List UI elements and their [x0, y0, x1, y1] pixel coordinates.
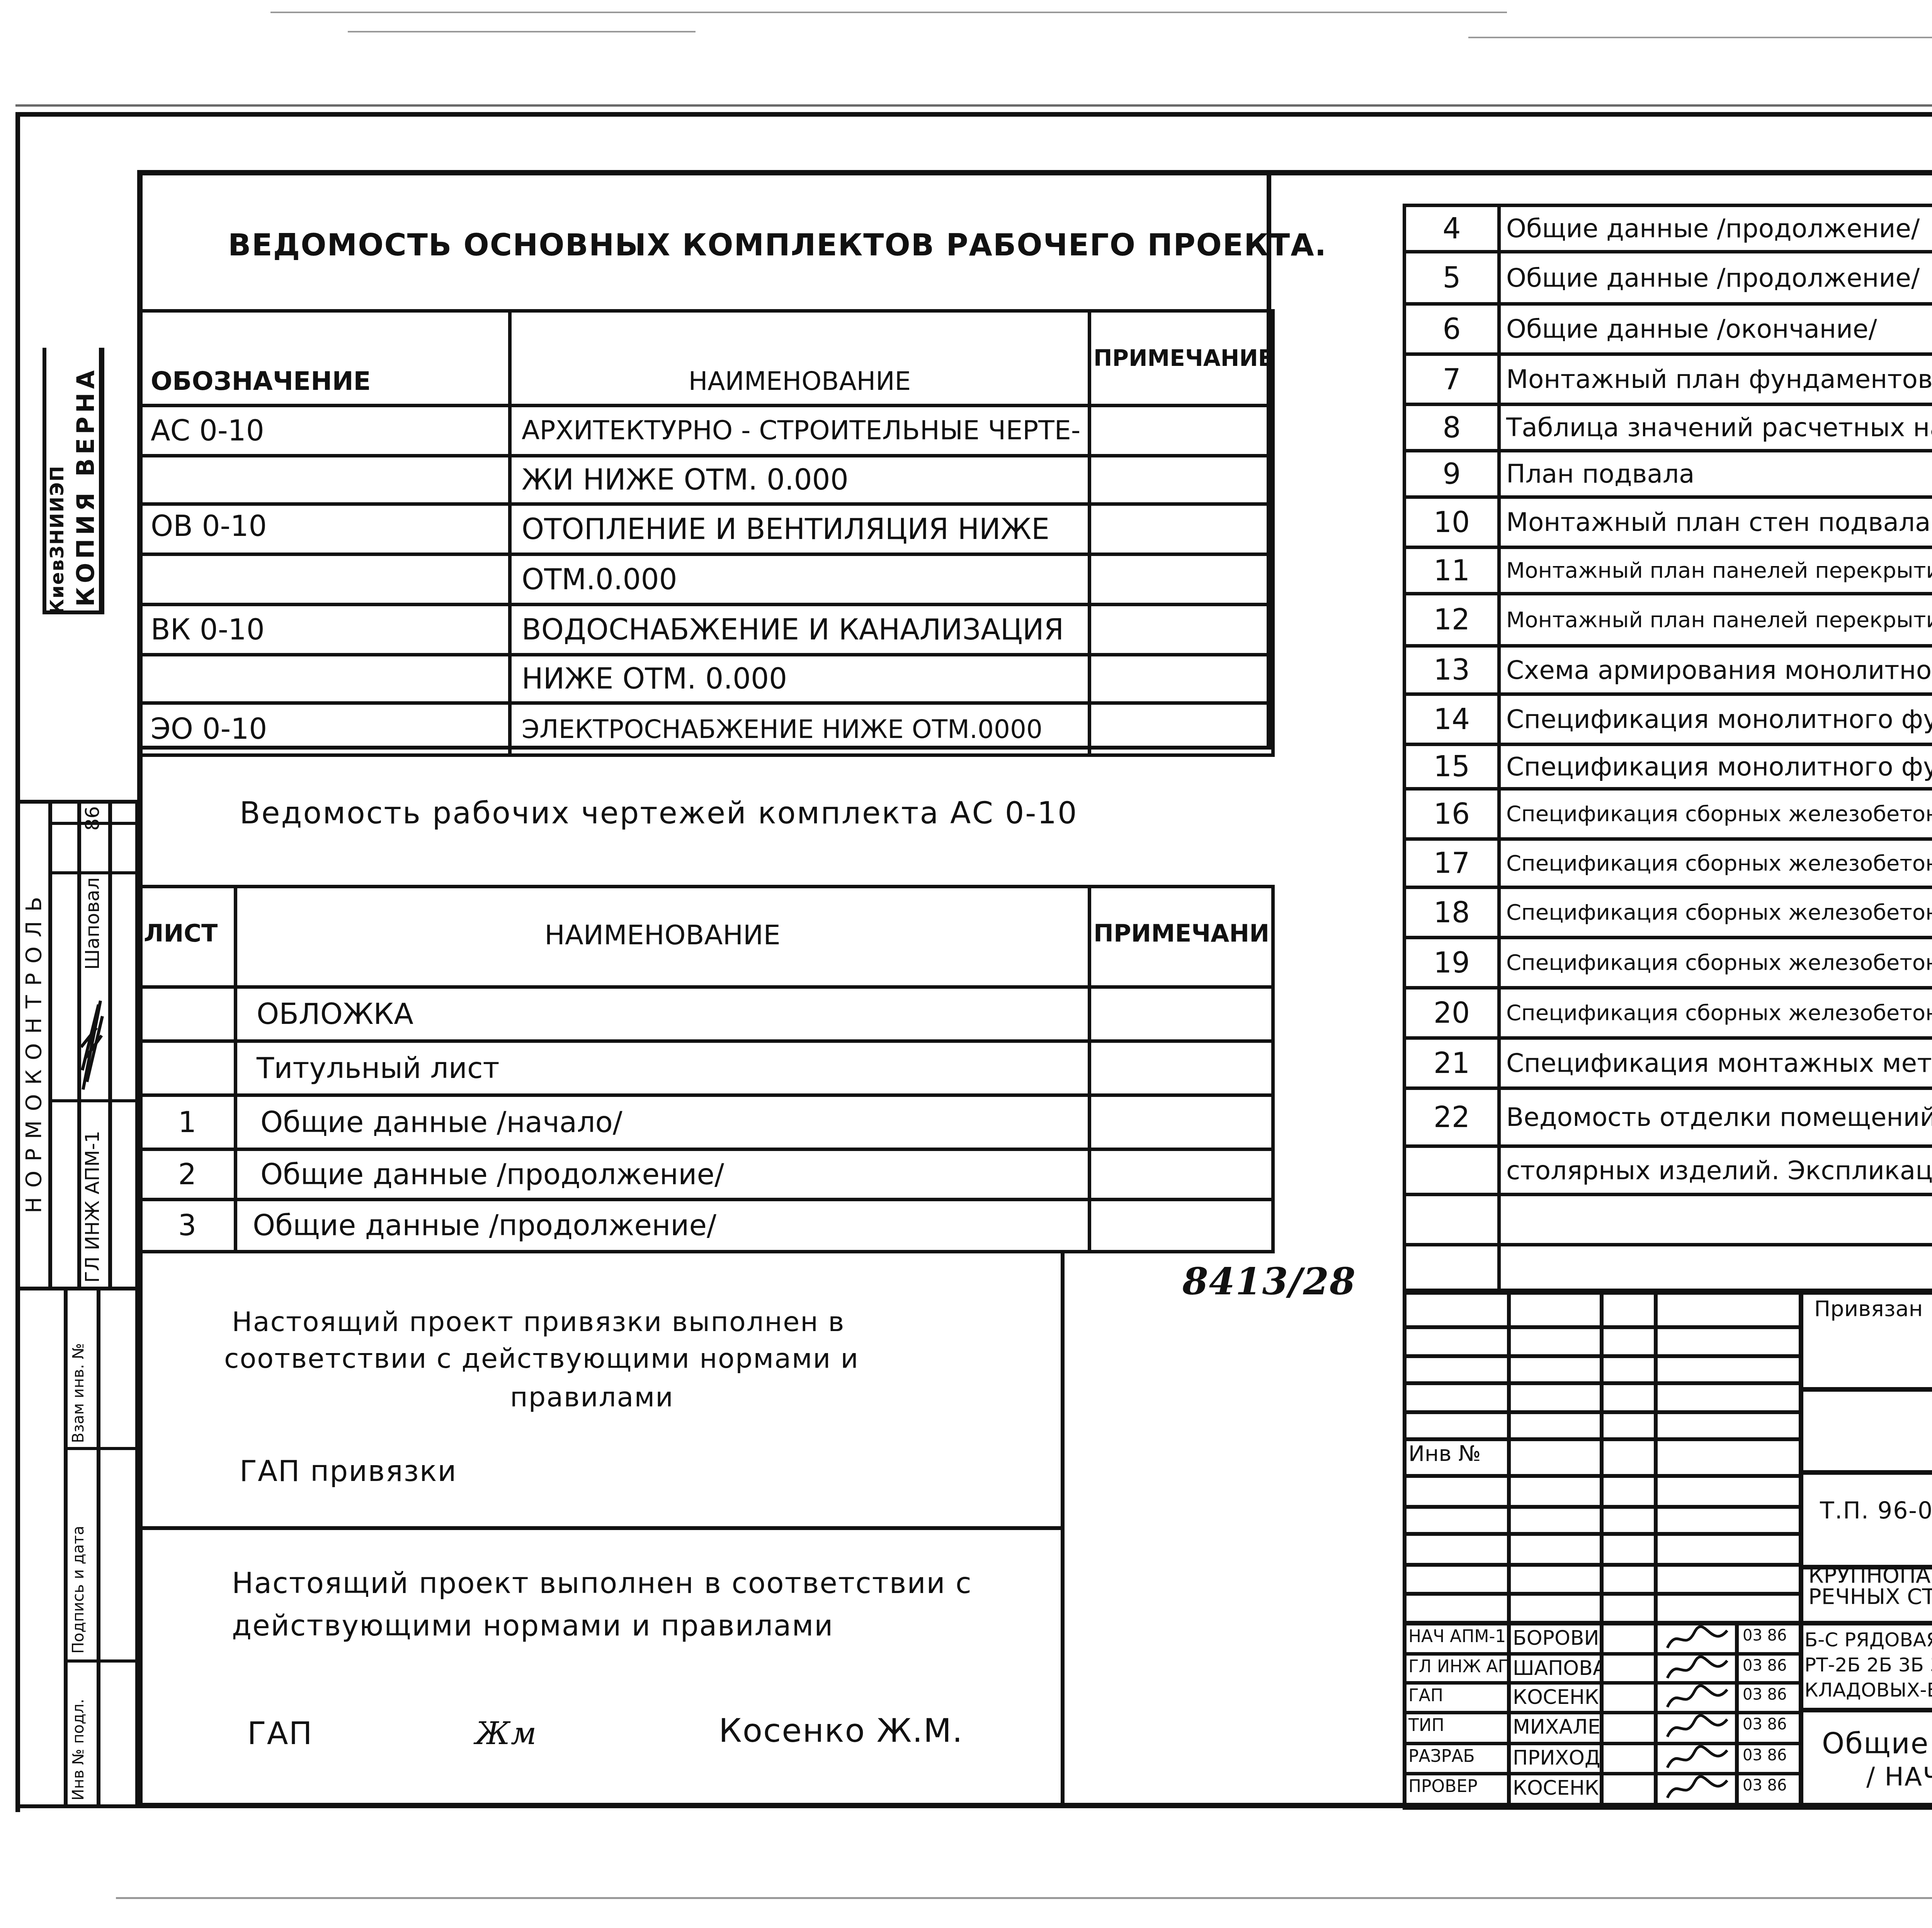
signatory-date: 03 86	[1743, 1715, 1797, 1733]
set-name: ЭЛЕКТРОСНАБЖЕНИЕ НИЖЕ ОТМ.0000	[510, 703, 1090, 755]
sheet-name: Спецификация монолитного фундаментного п…	[1499, 745, 1932, 789]
sheet-no: 22	[1405, 1088, 1499, 1146]
table-row: ОВ 0-10 ОТОПЛЕНИЕ И ВЕНТИЛЯЦИЯ НИЖЕ	[139, 504, 1273, 554]
binding-line-2: соответствии с действующими нормами и	[224, 1343, 859, 1374]
divider	[1799, 1708, 1932, 1712]
sheet-name: Спецификация сборных железобетонных изде…	[1499, 887, 1932, 938]
set-code: ОВ 0-10	[139, 504, 510, 554]
sheet-title-2: / начало /	[1866, 1762, 1932, 1792]
signature-scribble	[1662, 1684, 1735, 1713]
sheet-no: 19	[1405, 938, 1499, 988]
divider	[1507, 1621, 1511, 1808]
table-row: 8Таблица значений расчетных нагрузок	[1405, 405, 1932, 451]
sheet-name: Ведомость отделки помещений. Спецификаци…	[1499, 1088, 1932, 1146]
binding-line-3: правилами	[510, 1381, 674, 1413]
sets-register-title: ВЕДОМОСТЬ ОСНОВНЫХ КОМПЛЕКТОВ РАБОЧЕГО П…	[228, 228, 1327, 263]
set-code: АС 0-10	[139, 406, 510, 456]
signatory-role: РАЗРАБ	[1408, 1746, 1507, 1766]
set-note	[1090, 504, 1273, 554]
table-row: 13Схема армирования монолитного фундамен…	[1405, 646, 1932, 694]
copy-stamp-text: КОПИЯ ВЕРНА	[71, 367, 100, 607]
divider	[1799, 1289, 1803, 1808]
set-note	[1090, 703, 1273, 755]
signatory-date: 03 86	[1743, 1657, 1797, 1675]
set-note	[1090, 655, 1273, 703]
set-code	[139, 554, 510, 605]
table-row: 11Монтажный план панелей перекрытия над …	[1405, 547, 1932, 594]
sheet-name: Спецификация сборных железобетонных изде…	[1499, 839, 1932, 887]
table-row: 5Общие данные /продолжение/	[1405, 252, 1932, 304]
set-name: АРХИТЕКТУРНО - СТРОИТЕЛЬНЫЕ ЧЕРТЕ-	[510, 406, 1090, 456]
normocontrol-title: НОРМОКОНТРОЛЬ	[21, 887, 46, 1213]
col-header-note: ПРИМЕЧАНИЕ	[1090, 311, 1273, 406]
divider	[64, 1447, 139, 1450]
divider	[1403, 1804, 1932, 1810]
section-desc-1: Б-С РЯДОВАЯ-ТОРЦЕВАЯ 9-ЭТ 36-КВАРТ	[1804, 1629, 1932, 1651]
sheet-name: План подвала	[1499, 451, 1932, 497]
sheet-no: 15	[1405, 745, 1499, 789]
sheet-name: Спецификация сборных железобетонных изде…	[1499, 789, 1932, 839]
signatory-role: ГЛ ИНЖ АПМ	[1408, 1657, 1507, 1676]
signatory-role: НАЧ АПМ-1	[1408, 1627, 1507, 1646]
signature-scribble	[1662, 1625, 1735, 1654]
signature-scribble	[1662, 1655, 1735, 1684]
sheet-no	[139, 987, 236, 1041]
drawings-register-table-left: ЛИСТ НАИМЕНОВАНИЕ ПРИМЕЧАНИЕ Обложка Тит…	[137, 885, 1275, 1253]
scan-artifact	[116, 1897, 1932, 1899]
sheet-no: 16	[1405, 789, 1499, 839]
sheet-note	[1090, 1095, 1273, 1149]
sheet-name: Обложка	[236, 987, 1090, 1041]
scan-artifact	[348, 31, 696, 32]
signatory-name: Косенко	[1513, 1777, 1600, 1800]
sheet-note	[1090, 987, 1273, 1041]
set-code	[139, 655, 510, 703]
sheet-no	[1405, 1146, 1499, 1195]
sheet-no	[1405, 1245, 1499, 1293]
table-row: ОТМ.0.000	[139, 554, 1273, 605]
table-row: НИЖЕ ОТМ. 0.000	[139, 655, 1273, 703]
table-row: 22Ведомость отделки помещений. Специфика…	[1405, 1088, 1932, 1146]
sheet-name: Монтажный план панелей перекрытия над по…	[1499, 547, 1932, 594]
normocontrol-name: Шаповал	[81, 877, 104, 970]
divider	[64, 1659, 139, 1663]
table-row: 3 Общие данные /продолжение/	[139, 1200, 1273, 1252]
divider	[64, 1290, 68, 1808]
table-row	[1405, 1245, 1932, 1293]
signatory-name: Косенко	[1513, 1686, 1600, 1709]
set-code	[139, 456, 510, 504]
normocontrol-position: ГЛ ИНЖ АПМ-1	[81, 1131, 104, 1283]
binding-line-1: Настоящий проект привязки выполнен в	[232, 1306, 845, 1338]
sheet-name: Спецификация монолитного фундаментного п…	[1499, 694, 1932, 745]
table-row: 1 Общие данные /начало/	[139, 1095, 1273, 1149]
sheet-no: 14	[1405, 694, 1499, 745]
sheet-no: 13	[1405, 646, 1499, 694]
scan-artifact	[1468, 37, 1932, 38]
table-row: 17Спецификация сборных железобетонных из…	[1405, 839, 1932, 887]
table-row: 16Спецификация сборных железобетонных из…	[1405, 789, 1932, 839]
sheet-name: Общие данные /продолжение/	[236, 1200, 1090, 1252]
outer-top-border	[15, 112, 1932, 117]
bound-label: Привязан	[1814, 1296, 1923, 1321]
sheet-name: Общие данные /окончание/	[1499, 304, 1932, 354]
sheet-name: Общие данные /начало/	[236, 1095, 1090, 1149]
col-header-note: ПРИМЕЧАНИЕ	[1090, 887, 1273, 987]
table-row	[1405, 1195, 1932, 1245]
table-row: Обложка	[139, 987, 1273, 1041]
set-note	[1090, 605, 1273, 655]
sheet-no: 2	[139, 1149, 236, 1200]
sheet-no	[139, 1041, 236, 1095]
sheet-name: Титульный лист	[236, 1041, 1090, 1095]
set-code: ВК 0-10	[139, 605, 510, 655]
sheet-name: Таблица значений расчетных нагрузок	[1499, 405, 1932, 451]
divider	[1403, 1381, 1801, 1385]
copy-stamp-org: КиевЗНИИЭП	[46, 465, 68, 614]
set-name: ЖИ НИЖЕ ОТМ. 0.000	[510, 456, 1090, 504]
project-title-2: речных стен для сложных условий строител…	[1808, 1584, 1932, 1609]
table-row: 12Монтажный план панелей перекрытия над …	[1405, 594, 1932, 646]
col-header-name: НАИМЕНОВАНИЕ	[236, 887, 1090, 987]
divider	[1403, 1474, 1801, 1478]
signatory-role: ГАП	[1408, 1686, 1507, 1705]
sheet-no: 21	[1405, 1038, 1499, 1088]
table-row: 20Спецификация сборных железобетонных из…	[1405, 988, 1932, 1038]
sets-register-table: ОБОЗНАЧЕНИЕ НАИМЕНОВАНИЕ ПРИМЕЧАНИЕ АС 0…	[137, 309, 1275, 757]
sheet-name: Монтажный план фундаментов	[1499, 354, 1932, 405]
signatory-date: 03 86	[1743, 1627, 1797, 1644]
sheet-no: 5	[1405, 252, 1499, 304]
divider	[1403, 1437, 1801, 1441]
sheet-no: 9	[1405, 451, 1499, 497]
sheet-name: Схема армирования монолитного фундаментн…	[1499, 646, 1932, 694]
col-header-name: НАИМЕНОВАНИЕ	[510, 311, 1090, 406]
table-row: ЖИ НИЖЕ ОТМ. 0.000	[139, 456, 1273, 504]
sheet-no: 3	[139, 1200, 236, 1252]
signatory-name: Приходько	[1513, 1746, 1600, 1770]
signatory-date: 03 86	[1743, 1746, 1797, 1764]
binding-gap-label: ГАП привязки	[240, 1455, 457, 1488]
divider	[1403, 1532, 1801, 1536]
sheet-no: 6	[1405, 304, 1499, 354]
table-row: 18Спецификация сборных железобетонных из…	[1405, 887, 1932, 938]
table-row: 6Общие данные /окончание/	[1405, 304, 1932, 354]
table-row: 2 Общие данные /продолжение/	[139, 1149, 1273, 1200]
sheet-no: 18	[1405, 887, 1499, 938]
sheet-name: Спецификация сборных железобетонных изде…	[1499, 988, 1932, 1038]
compliance-line-2: действующими нормами и правилами	[232, 1609, 833, 1642]
divider	[1403, 1592, 1801, 1596]
normocontrol-year: 86	[81, 806, 104, 831]
table-row: АС 0-10 АРХИТЕКТУРНО - СТРОИТЕЛЬНЫЕ ЧЕРТ…	[139, 406, 1273, 456]
col-header-sheet: ЛИСТ	[139, 887, 236, 987]
set-name: НИЖЕ ОТМ. 0.000	[510, 655, 1090, 703]
sheet-no: 8	[1405, 405, 1499, 451]
sheet-no: 4	[1405, 206, 1499, 252]
normocontrol-signature	[79, 993, 106, 1093]
scan-artifact	[15, 104, 1932, 107]
signatory-role: ПРОВЕР	[1408, 1777, 1507, 1796]
divider	[1600, 1621, 1604, 1808]
divider	[1403, 1563, 1801, 1567]
divider	[48, 871, 139, 874]
table-row: 10Монтажный план стен подвала	[1405, 497, 1932, 547]
divider	[1654, 1621, 1658, 1808]
signatory-name: Боровик	[1513, 1627, 1600, 1650]
table-row: 7Монтажный план фундаментов	[1405, 354, 1932, 405]
scan-artifact	[270, 12, 1507, 13]
divider	[1403, 1354, 1801, 1358]
set-name: ОТМ.0.000	[510, 554, 1090, 605]
handwritten-reference: 8413/28	[1182, 1260, 1356, 1303]
col-header-code: ОБОЗНАЧЕНИЕ	[139, 311, 510, 406]
signature-scribble	[1662, 1714, 1735, 1743]
sheet-no: 1	[139, 1095, 236, 1149]
compliance-gap-label: ГАП	[247, 1715, 313, 1751]
table-row: 9План подвала	[1405, 451, 1932, 497]
sheet-name: Монтажный план панелей перекрытия над по…	[1499, 594, 1932, 646]
divider	[1735, 1621, 1739, 1808]
sheet-no: 12	[1405, 594, 1499, 646]
table-row: 14Спецификация монолитного фундаментного…	[1405, 694, 1932, 745]
drawings-register-table-right: 4Общие данные /продолжение/5Общие данные…	[1403, 204, 1932, 1295]
sheet-name: столярных изделий. Экспликация пола	[1499, 1146, 1932, 1195]
divider	[1799, 1470, 1932, 1475]
sheet-name: Общие данные /продолжение/	[1499, 252, 1932, 304]
divider	[1799, 1387, 1932, 1392]
table-row: 21Спецификация монтажных металлических и…	[1405, 1038, 1932, 1088]
sheet-no: 20	[1405, 988, 1499, 1038]
divider	[97, 1290, 100, 1808]
table-row: ЭО 0-10 ЭЛЕКТРОСНАБЖЕНИЕ НИЖЕ ОТМ.0000	[139, 703, 1273, 755]
set-code: ЭО 0-10	[139, 703, 510, 755]
sheet-name	[1499, 1195, 1932, 1245]
drawings-register-title: Ведомость рабочих чертежей комплекта АС …	[240, 796, 1078, 831]
sheet-no: 11	[1405, 547, 1499, 594]
divider	[1403, 1289, 1406, 1808]
table-row: 19Спецификация сборных железобетонных из…	[1405, 938, 1932, 988]
signatory-date: 03 86	[1743, 1777, 1797, 1794]
inv-orig-label: Инв № подл.	[70, 1699, 87, 1800]
divider	[1403, 1505, 1801, 1509]
sheet-name: Спецификация сборных железобетонных изде…	[1499, 938, 1932, 988]
signatory-name: Михалева	[1513, 1715, 1600, 1739]
signature-scribble	[1662, 1744, 1735, 1773]
section-desc-2: РТ-2Б 2Б 3Б 3Б. ВАРИАНТ С УСТРОЙСТВОМ	[1804, 1654, 1932, 1676]
signatory-date: 03 86	[1743, 1686, 1797, 1704]
sheet-no: 10	[1405, 497, 1499, 547]
table-row: Титульный лист	[139, 1041, 1273, 1095]
doc-code: Т.П. 96-027/1.2	[1820, 1497, 1932, 1524]
set-note	[1090, 456, 1273, 504]
sheet-note	[1090, 1149, 1273, 1200]
set-note	[1090, 554, 1273, 605]
sheet-note	[1090, 1200, 1273, 1252]
table-row: столярных изделий. Экспликация пола	[1405, 1146, 1932, 1195]
sheet-title-1: Общие данные	[1822, 1727, 1932, 1760]
table-row: 4Общие данные /продолжение/	[1405, 206, 1932, 252]
sheet-name: Спецификация монтажных металлических изд…	[1499, 1038, 1932, 1088]
signatory-role: ТИП	[1408, 1715, 1507, 1735]
sheet-name: Монтажный план стен подвала	[1499, 497, 1932, 547]
replace-inv-label: Взам инв. №	[70, 1343, 87, 1443]
signature-scribble	[1662, 1775, 1735, 1804]
compliance-gap-name: Косенко Ж.М.	[719, 1712, 963, 1749]
table-row: ВК 0-10 ВОДОСНАБЖЕНИЕ И КАНАЛИЗАЦИЯ	[139, 605, 1273, 655]
sheet-no	[1405, 1195, 1499, 1245]
divider	[1403, 1325, 1801, 1329]
sheet-name	[1499, 1245, 1932, 1293]
inv-label: Инв №	[1408, 1441, 1481, 1466]
set-name: ВОДОСНАБЖЕНИЕ И КАНАЛИЗАЦИЯ	[510, 605, 1090, 655]
set-note	[1090, 406, 1273, 456]
divider	[1403, 1410, 1801, 1414]
sheet-note	[1090, 1041, 1273, 1095]
sign-date-label: Подпись и дата	[70, 1526, 87, 1654]
set-name: ОТОПЛЕНИЕ И ВЕНТИЛЯЦИЯ НИЖЕ	[510, 504, 1090, 554]
sheet-name: Общие данные /продолжение/	[236, 1149, 1090, 1200]
table-row: 15Спецификация монолитного фундаментного…	[1405, 745, 1932, 789]
compliance-line-1: Настоящий проект выполнен в соответствии…	[232, 1567, 972, 1600]
section-desc-3: КЛАДОВЫХ-БОКСОВ В ПОДВАЛЕ	[1804, 1679, 1932, 1701]
divider	[48, 1099, 139, 1102]
sheet-name: Общие данные /продолжение/	[1499, 206, 1932, 252]
sheet-no: 7	[1405, 354, 1499, 405]
compliance-signature: Жм	[475, 1715, 537, 1751]
signatory-name: Шаповал	[1513, 1657, 1600, 1680]
sheet-no: 17	[1405, 839, 1499, 887]
